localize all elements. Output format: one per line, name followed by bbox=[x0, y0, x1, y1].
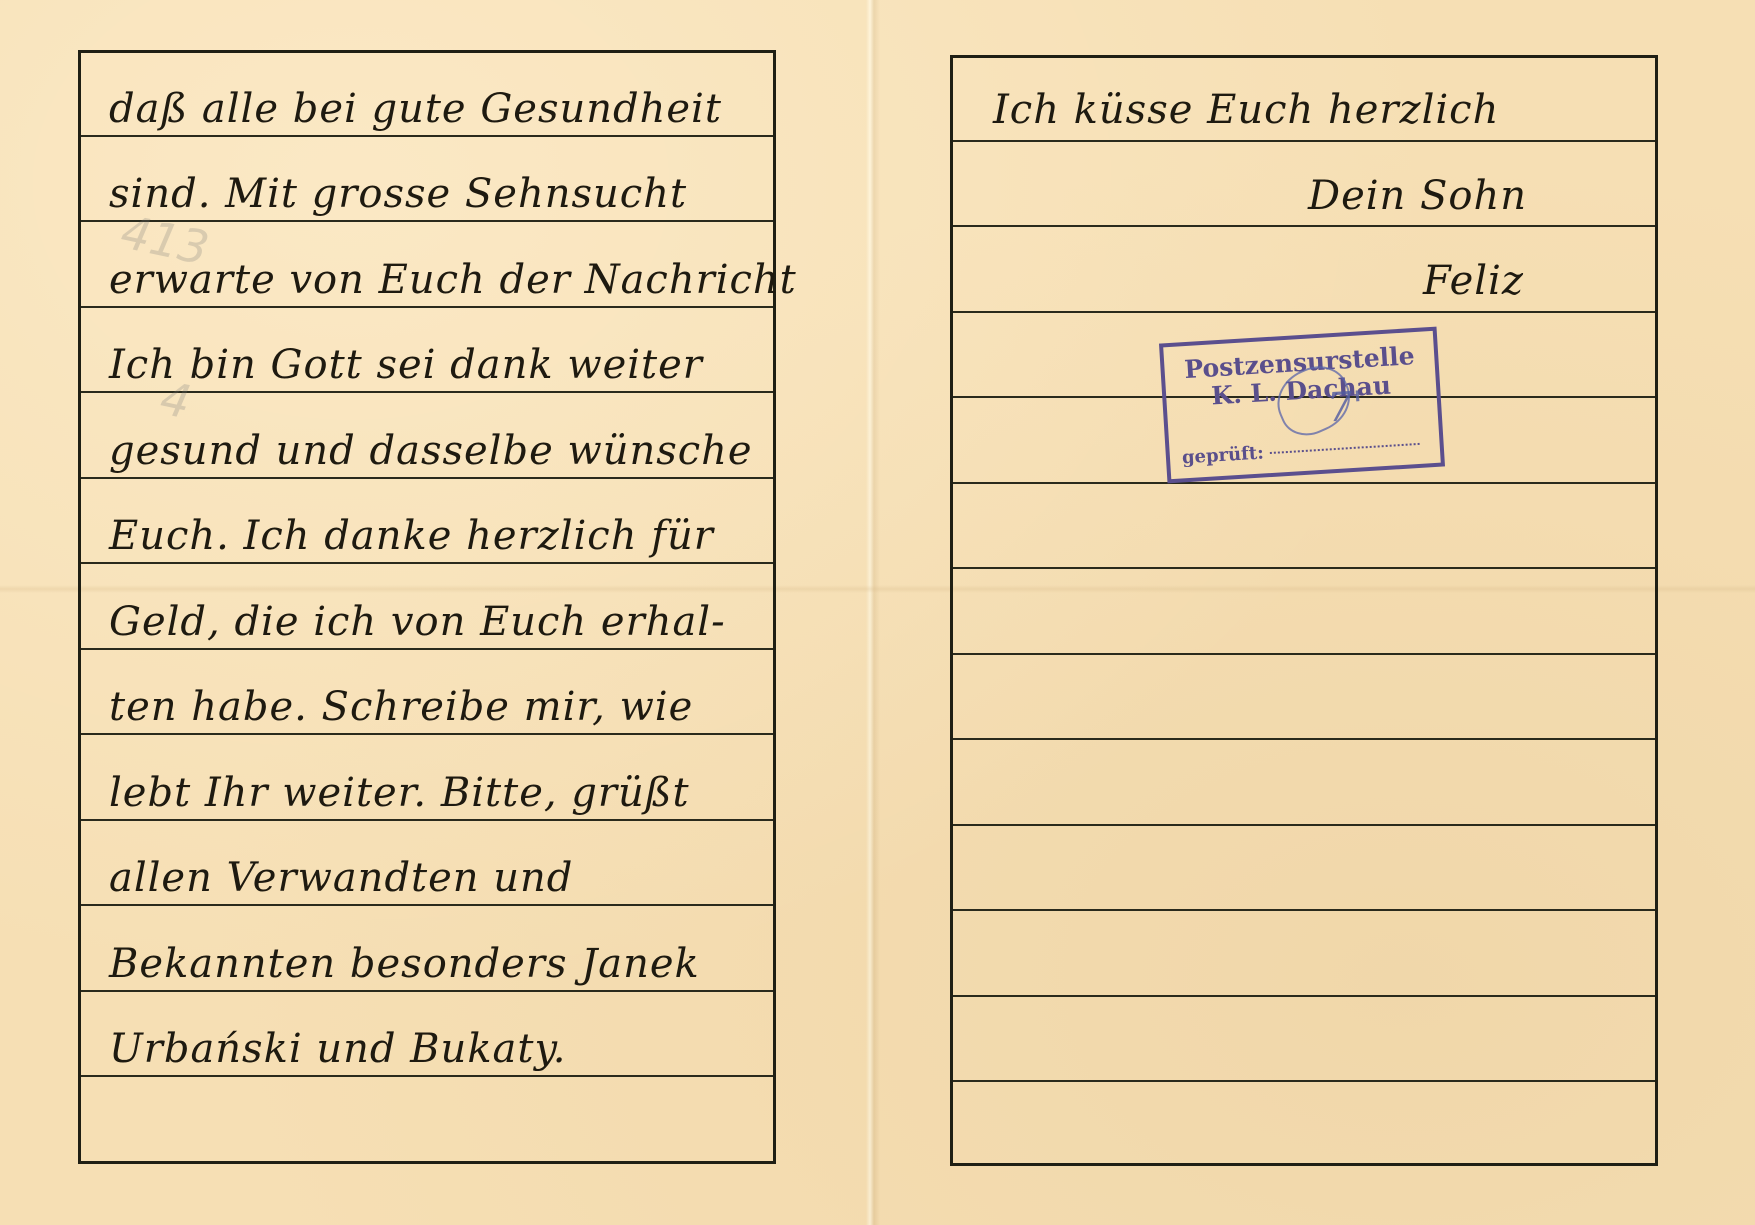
right-page-form: Ich küsse Euch herzlich Dein Sohn Feliz bbox=[950, 55, 1658, 1166]
letter-line: daß alle bei gute Gesundheit bbox=[109, 79, 763, 139]
letter-line: Geld, die ich von Euch erhal- bbox=[109, 592, 763, 652]
stamp-checked-label: geprüft: bbox=[1181, 442, 1264, 468]
rule-line bbox=[953, 311, 1655, 313]
rule-line bbox=[953, 567, 1655, 569]
rule-line bbox=[953, 653, 1655, 655]
letter-line: allen Verwandten und bbox=[109, 848, 763, 908]
rule-line bbox=[953, 140, 1655, 142]
signature-salutation: Dein Sohn bbox=[1308, 166, 1645, 226]
rule-line bbox=[953, 1080, 1655, 1082]
letter-line: lebt Ihr weiter. Bitte, grüßt bbox=[109, 763, 763, 823]
letter-line: gesund und dasselbe wünsche bbox=[109, 421, 763, 481]
letter-line: Ich bin Gott sei dank weiter bbox=[109, 335, 763, 395]
rule-line bbox=[953, 482, 1655, 484]
rule-line bbox=[953, 995, 1655, 997]
closing-line: Ich küsse Euch herzlich bbox=[993, 80, 1645, 140]
left-page-form: daß alle bei gute Gesundheit sind. Mit g… bbox=[78, 50, 776, 1164]
letter-line: sind. Mit grosse Sehnsucht bbox=[109, 164, 763, 224]
letter-line: Bekannten besonders Janek bbox=[109, 934, 763, 994]
rule-line bbox=[953, 909, 1655, 911]
letter-line: erwarte von Euch der Nachricht bbox=[109, 250, 763, 310]
rule-line bbox=[953, 738, 1655, 740]
stamp-checked-field: geprüft: bbox=[1181, 432, 1432, 468]
censor-initial: 7' bbox=[1326, 383, 1365, 431]
rule-line bbox=[953, 824, 1655, 826]
censor-stamp: Postzensurstelle K. L. Dachau geprüft: 7… bbox=[1159, 327, 1445, 484]
letter-line: ten habe. Schreibe mir, wie bbox=[109, 677, 763, 737]
signature-name: Feliz bbox=[1423, 251, 1645, 311]
letter-line: Urbański und Bukaty. bbox=[109, 1019, 763, 1079]
letter-line: Euch. Ich danke herzlich für bbox=[109, 506, 763, 566]
stamp-signature-line bbox=[1270, 443, 1420, 454]
